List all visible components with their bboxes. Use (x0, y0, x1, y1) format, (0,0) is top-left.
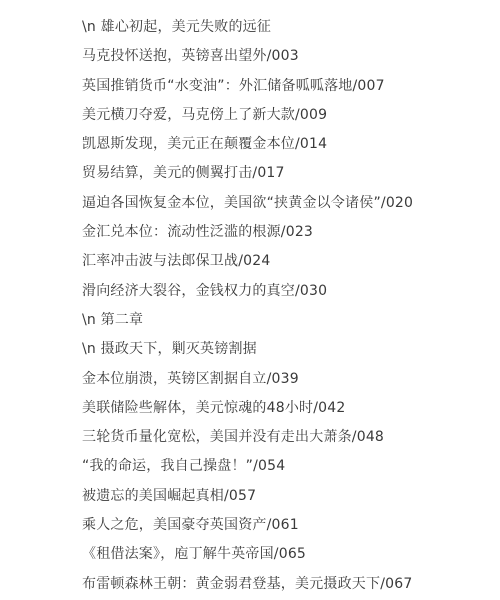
toc-entry: 贸易结算，美元的侧翼打击/017 (82, 163, 413, 192)
toc-chapter-heading: \n 第二章 (82, 310, 413, 339)
toc-entry: 被遗忘的美国崛起真相/057 (82, 486, 413, 515)
toc-entry: 布雷顿森林王朝：黄金弱君登基，美元摄政天下/067 (82, 574, 413, 600)
toc-entry: 凯恩斯发现，美元正在颠覆金本位/014 (82, 134, 413, 163)
toc-entry: “我的命运，我自己操盘！”/054 (82, 456, 413, 485)
toc-entry: 滑向经济大裂谷，金钱权力的真空/030 (82, 281, 413, 310)
toc-entry: 汇率冲击波与法郎保卫战/024 (82, 251, 413, 280)
toc-entry: 美元横刀夺爱，马克傍上了新大款/009 (82, 105, 413, 134)
toc-entry: 逼迫各国恢复金本位，美国欲“挟黄金以令诸侯”/020 (82, 193, 413, 222)
toc-entry: 三轮货币量化宽松，美国并没有走出大萧条/048 (82, 427, 413, 456)
toc-section-heading: \n 雄心初起，美元失败的远征 (82, 17, 413, 46)
toc-entry: 《租借法案》，庖丁解牛英帝国/065 (82, 544, 413, 573)
toc-section-heading: \n 摄政天下，剿灭英镑割据 (82, 339, 413, 368)
toc-entry: 乘人之危，美国豪夺英国资产/061 (82, 515, 413, 544)
table-of-contents: \n 雄心初起，美元失败的远征 马克投怀送抱，英镑喜出望外/003 英国推销货币… (82, 17, 413, 600)
toc-entry: 英国推销货币“水变油”：外汇储备呱呱落地/007 (82, 76, 413, 105)
toc-entry: 金汇兑本位：流动性泛滥的根源/023 (82, 222, 413, 251)
toc-entry: 马克投怀送抱，英镑喜出望外/003 (82, 46, 413, 75)
toc-entry: 金本位崩溃，英镑区割据自立/039 (82, 369, 413, 398)
toc-entry: 美联储险些解体，美元惊魂的48小时/042 (82, 398, 413, 427)
